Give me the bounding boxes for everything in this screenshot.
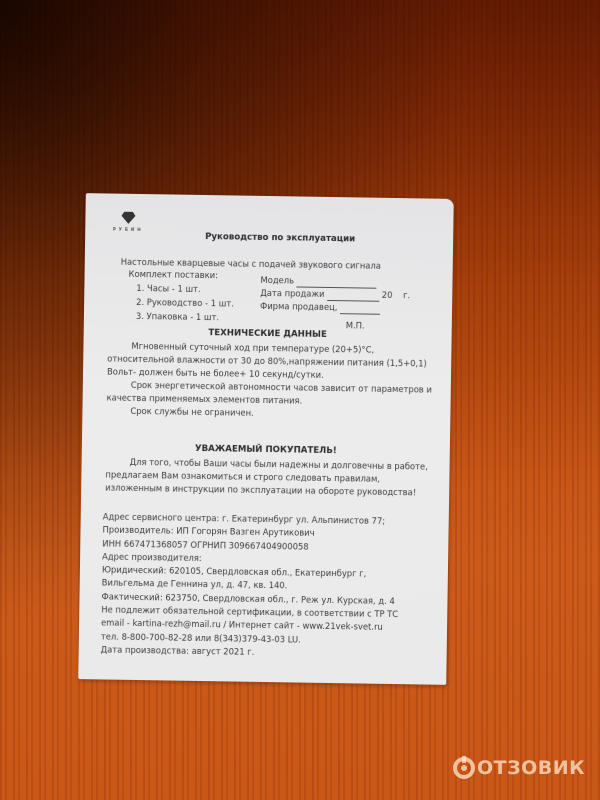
otzovik-power-icon <box>453 757 475 779</box>
diamond-icon <box>121 216 135 224</box>
leaflet-title: Руководство по эксплуатации <box>205 231 355 247</box>
sale-date-year: 20 <box>382 290 393 300</box>
kit-item: 1. Часы - 1 шт. <box>128 282 234 297</box>
kit-heading: Комплект поставки: <box>128 268 234 283</box>
kit-item: 3. Упаковка - 1 шт. <box>128 310 234 325</box>
kit-list: Комплект поставки: 1. Часы - 1 шт. 2. Ру… <box>128 268 235 326</box>
seller-row: Фирма продавец, <box>260 300 410 315</box>
seller-field-line <box>340 304 380 315</box>
kit-item: 2. Руководство - 1 шт. <box>128 296 234 311</box>
logo-text: РУБИН <box>103 226 153 233</box>
buyer-notice: Для того, чтобы Ваши часы были надежны и… <box>105 455 436 499</box>
address-section: Адрес сервисного центра: г. Екатеринбург… <box>101 510 433 661</box>
otzovik-watermark: ОТЗОВИК <box>453 757 585 779</box>
tech-section: Мгновенный суточный ход при температуре … <box>106 339 437 422</box>
model-label: Модель <box>260 275 294 286</box>
brand-logo: РУБИН <box>103 215 153 233</box>
seller-label: Фирма продавец <box>260 301 335 312</box>
year-abbr: г. <box>403 290 410 300</box>
tech-paragraph: Мгновенный суточный ход при температуре … <box>107 339 438 383</box>
sale-form: Модель Дата продажи 20 г. Фирма продавец… <box>260 274 411 315</box>
sale-date-label: Дата продажи <box>260 288 324 299</box>
watermark-text: ОТЗОВИК <box>477 757 585 779</box>
instruction-leaflet: РУБИН Руководство по эксплуатации Настол… <box>78 193 454 685</box>
